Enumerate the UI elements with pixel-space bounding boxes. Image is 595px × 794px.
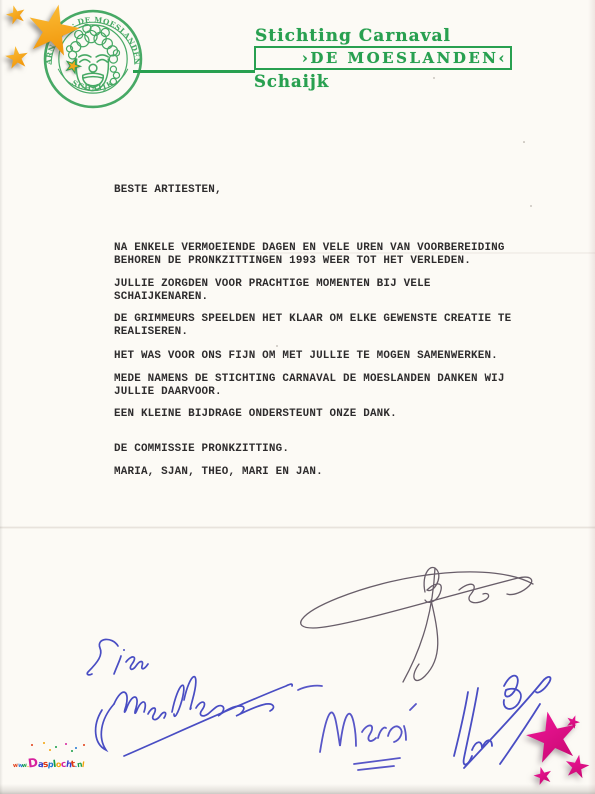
confetti-dot	[49, 749, 51, 751]
letterhead-rule	[133, 70, 255, 73]
signature-mari	[90, 648, 305, 766]
paragraph-6: EEN KLEINE BIJDRAGE ONDERSTEUNT ONZE DAN…	[114, 408, 397, 421]
confetti-dot	[43, 742, 45, 744]
watermark-text: www.Dasplocht.nl	[13, 752, 84, 771]
confetti-dot	[55, 746, 57, 748]
paragraph-2: JULLIE ZORGDEN VOOR PRACHTIGE MOMENTEN B…	[114, 278, 431, 304]
dust-speck	[523, 141, 525, 143]
scan-edge-left	[0, 0, 3, 794]
letterhead-name-box: ›DE MOESLANDEN‹	[254, 46, 512, 70]
letterhead-club-name: ›DE MOESLANDEN‹	[302, 49, 507, 67]
salutation: BESTE ARTIESTEN,	[114, 184, 222, 197]
dust-speck	[433, 77, 435, 79]
scan-edge-bottom	[0, 784, 595, 794]
dust-speck	[530, 205, 532, 207]
signature-maria	[296, 680, 431, 778]
paragraph-5: MEDE NAMENS DE STICHTING CARNAVAL DE MOE…	[114, 373, 505, 399]
confetti-dot	[83, 744, 85, 746]
committee-names: MARIA, SJAN, THEO, MARI EN JAN.	[114, 466, 323, 479]
scan-edge-right	[588, 0, 595, 794]
dust-speck	[276, 345, 278, 347]
pink-stars-decoration-icon	[515, 700, 595, 794]
letterhead-location: Schaijk	[254, 72, 329, 91]
closing-line: DE COMMISSIE PRONKZITTING.	[114, 443, 289, 456]
confetti-dot	[75, 747, 77, 749]
paragraph-3: DE GRIMMEURS SPEELDEN HET KLAAR OM ELKE …	[114, 313, 511, 339]
letterhead-org-line: Stichting Carnaval	[255, 26, 451, 46]
confetti-dot	[65, 743, 67, 745]
fold-crease	[0, 526, 595, 529]
scanned-letter-page: CARNAVAL · DE MOESLANDEN · SCHAIJK	[0, 0, 595, 794]
paragraph-1: NA ENKELE VERMOEIENDE DAGEN EN VELE UREN…	[114, 242, 505, 268]
orange-stars-decoration-icon	[0, 0, 112, 88]
confetti-dot	[31, 744, 33, 746]
tiny-star-icon	[63, 56, 83, 76]
paragraph-4: HET WAS VOOR ONS FIJN OM MET JULLIE TE M…	[114, 350, 498, 363]
